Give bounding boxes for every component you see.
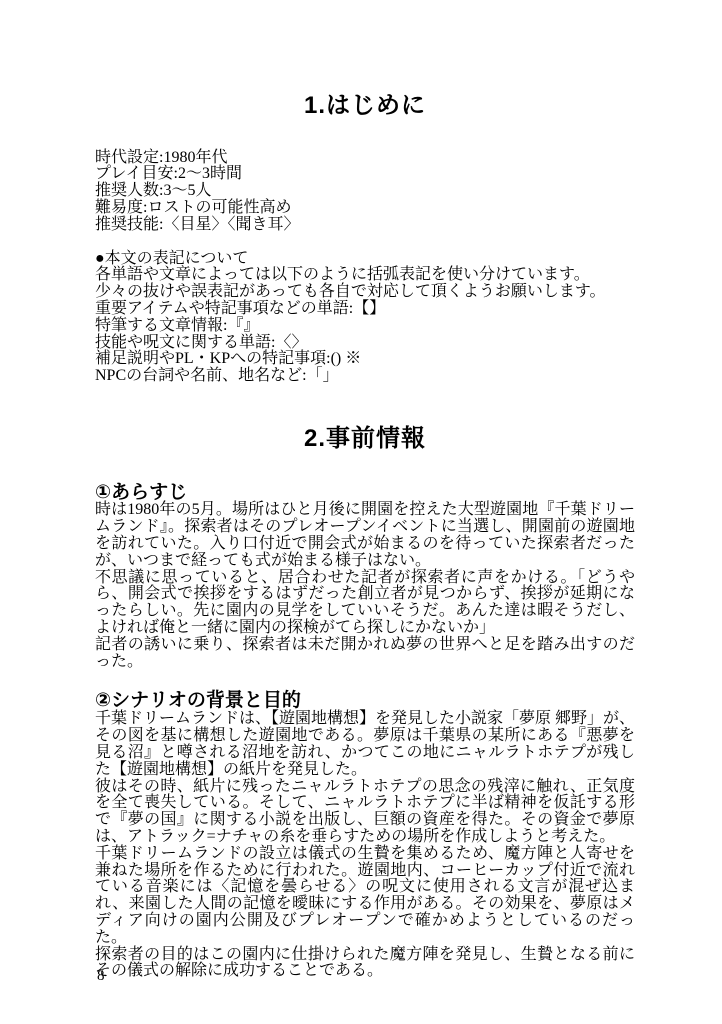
info-line-players: 推奨人数:3〜5人 <box>95 183 635 200</box>
notation-line: 重要アイテムや特記事項などの単語:【】 <box>95 301 635 318</box>
notation-line: 各単語や文章によっては以下のように括弧表記を使い分けています。 <box>95 267 635 284</box>
background-paragraph: 彼はその時、紙片に残ったニャルラトホテプの思念の残滓に触れ、正気度を全て喪失して… <box>95 779 635 846</box>
background-heading: ②シナリオの背景と目的 <box>95 691 635 711</box>
notation-line: 技能や呪文に関する単語:〈〉 <box>95 335 635 352</box>
background-paragraph: 探索者の目的はこの園内に仕掛けられた魔方陣を発見し、生贄となる前にその儀式の解除… <box>95 947 635 981</box>
scenario-info-block: 時代設定:1980年代 プレイ目安:2〜3時間 推奨人数:3〜5人 難易度:ロス… <box>95 150 635 234</box>
document-page: 1.はじめに 時代設定:1980年代 プレイ目安:2〜3時間 推奨人数:3〜5人… <box>0 0 722 1024</box>
info-line-skills: 推奨技能:〈目星〉〈聞き耳〉 <box>95 217 635 234</box>
synopsis-paragraph: 記者の誘いに乗り、探索者は未だ開かれぬ夢の世界へと足を踏み出すのだった。 <box>95 637 635 671</box>
info-line-difficulty: 難易度:ロストの可能性高め <box>95 200 635 217</box>
notation-line: 特筆する文章情報:『』 <box>95 318 635 335</box>
page-number: 8 <box>97 969 105 985</box>
synopsis-heading: ①あらすじ <box>95 483 635 503</box>
info-line-playtime: プレイ目安:2〜3時間 <box>95 166 635 183</box>
background-paragraph: 千葉ドリームランドの設立は儀式の生贄を集めるため、魔方陣と人寄せを兼ねた場所を作… <box>95 846 635 947</box>
background-section: ②シナリオの背景と目的 千葉ドリームランドは、【遊園地構想】を発見した小説家「夢… <box>95 691 635 980</box>
synopsis-paragraph: 不思議に思っていると、居合わせた記者が探索者に声をかける。「どうやら、開会式で挨… <box>95 570 635 637</box>
notation-line: 少々の抜けや誤表記があっても各自で対応して頂くようお願いします。 <box>95 284 635 301</box>
notation-block: ●本文の表記について 各単語や文章によっては以下のように括弧表記を使い分けていま… <box>95 251 635 385</box>
synopsis-paragraph: 時は1980年の5月。場所はひと月後に開園を控えた大型遊園地『千葉ドリームランド… <box>95 502 635 569</box>
chapter2-title: 2.事前情報 <box>95 425 635 453</box>
info-line-era: 時代設定:1980年代 <box>95 150 635 167</box>
notation-heading: ●本文の表記について <box>95 251 635 268</box>
chapter1-title: 1.はじめに <box>95 92 635 120</box>
notation-line: 補足説明やPL・KPへの特記事項:() ※ <box>95 351 635 368</box>
notation-line: NPCの台詞や名前、地名など:「」 <box>95 368 635 385</box>
synopsis-section: ①あらすじ 時は1980年の5月。場所はひと月後に開園を控えた大型遊園地『千葉ド… <box>95 483 635 671</box>
background-paragraph: 千葉ドリームランドは、【遊園地構想】を発見した小説家「夢原 郷野」が、その図を基… <box>95 711 635 778</box>
